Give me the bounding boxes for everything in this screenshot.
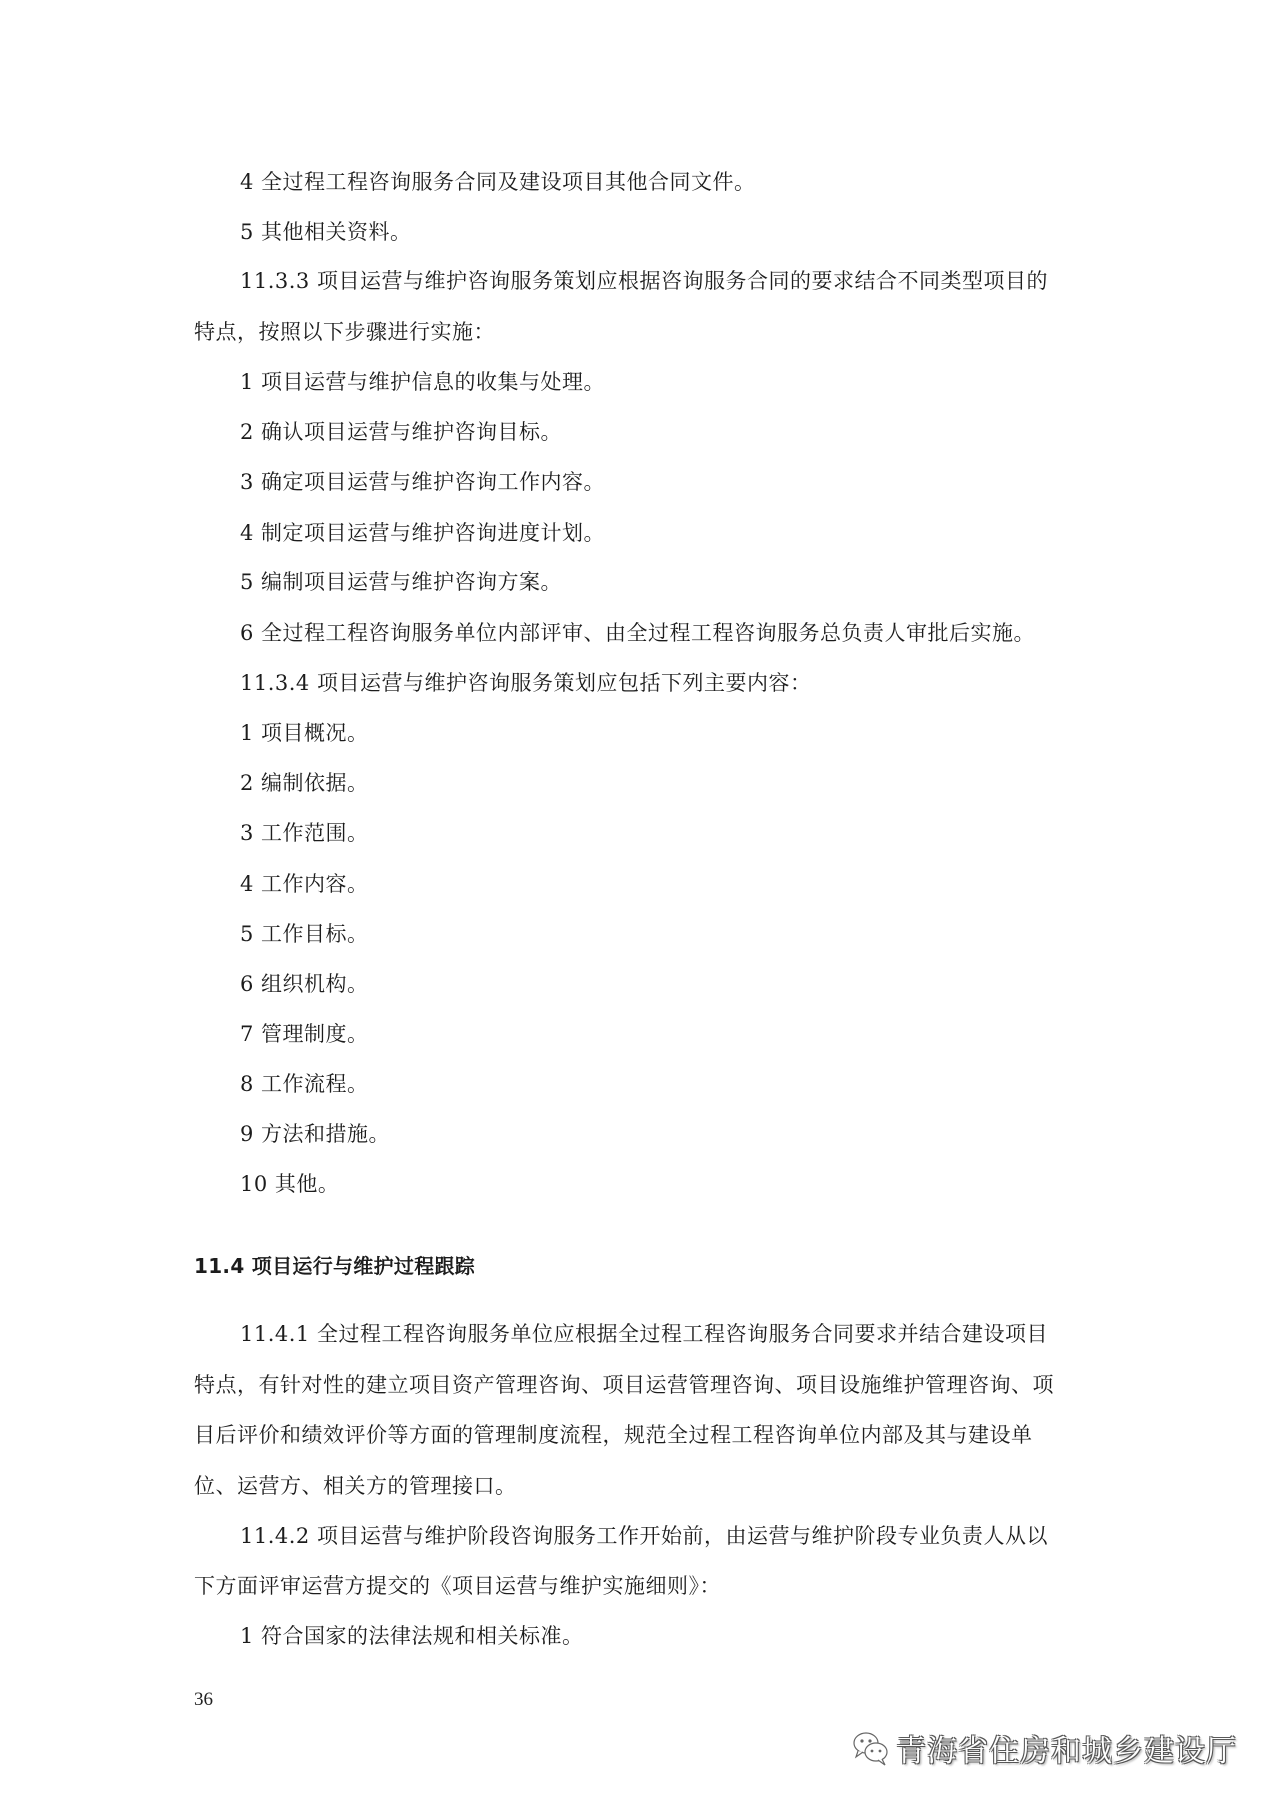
clause-paragraph-continuation: 特点，有针对性的建立项目资产管理咨询、项目运营管理咨询、项目设施维护管理咨询、项 <box>194 1371 1054 1399</box>
clause-paragraph-continuation: 下方面评审运营方提交的《项目运营与维护实施细则》： <box>194 1572 721 1600</box>
list-item: 10 其他。 <box>240 1170 339 1198</box>
clause-paragraph: 11.4.2 项目运营与维护阶段咨询服务工作开始前，由运营与维护阶段专业负责人从… <box>240 1522 1048 1550</box>
clause-paragraph: 11.3.4 项目运营与维护咨询服务策划应包括下列主要内容： <box>240 669 811 697</box>
list-item: 4 全过程工程咨询服务合同及建设项目其他合同文件。 <box>240 168 756 196</box>
list-item: 6 组织机构。 <box>240 970 369 998</box>
list-item: 6 全过程工程咨询服务单位内部评审、由全过程工程咨询服务总负责人审批后实施。 <box>240 619 1035 647</box>
list-item: 3 工作范围。 <box>240 819 369 847</box>
list-item: 3 确定项目运营与维护咨询工作内容。 <box>240 468 605 496</box>
watermark: 青海省住房和城乡建设厅 <box>852 1726 1237 1770</box>
list-item: 1 项目概况。 <box>240 719 369 747</box>
watermark-text: 青海省住房和城乡建设厅 <box>896 1726 1237 1770</box>
list-item: 5 工作目标。 <box>240 920 369 948</box>
list-item: 2 编制依据。 <box>240 769 369 797</box>
clause-paragraph-continuation: 特点，按照以下步骤进行实施： <box>194 318 495 346</box>
list-item: 4 制定项目运营与维护咨询进度计划。 <box>240 519 605 547</box>
clause-paragraph: 11.3.3 项目运营与维护咨询服务策划应根据咨询服务合同的要求结合不同类型项目… <box>240 267 1048 295</box>
list-item: 5 编制项目运营与维护咨询方案。 <box>240 568 562 596</box>
list-item: 4 工作内容。 <box>240 870 369 898</box>
wechat-icon <box>852 1729 890 1767</box>
list-item: 1 项目运营与维护信息的收集与处理。 <box>240 368 605 396</box>
list-item: 5 其他相关资料。 <box>240 218 412 246</box>
clause-paragraph-continuation: 目后评价和绩效评价等方面的管理制度流程，规范全过程工程咨询单位内部及其与建设单 <box>194 1421 1033 1449</box>
list-item: 9 方法和措施。 <box>240 1120 390 1148</box>
list-item: 7 管理制度。 <box>240 1020 369 1048</box>
list-item: 1 符合国家的法律法规和相关标准。 <box>240 1622 584 1650</box>
list-item: 8 工作流程。 <box>240 1070 369 1098</box>
section-heading: 11.4 项目运行与维护过程跟踪 <box>194 1252 475 1280</box>
document-page: 4 全过程工程咨询服务合同及建设项目其他合同文件。 5 其他相关资料。 11.3… <box>0 0 1280 1810</box>
page-number: 36 <box>194 1689 213 1711</box>
list-item: 2 确认项目运营与维护咨询目标。 <box>240 418 562 446</box>
clause-paragraph: 11.4.1 全过程工程咨询服务单位应根据全过程工程咨询服务合同要求并结合建设项… <box>240 1320 1048 1348</box>
clause-paragraph-continuation: 位、运营方、相关方的管理接口。 <box>194 1472 517 1500</box>
